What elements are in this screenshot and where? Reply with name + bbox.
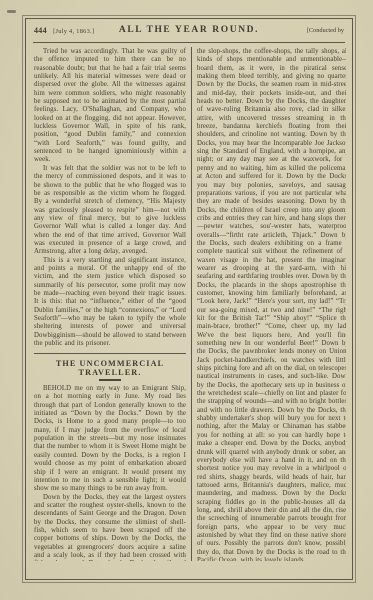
article-continuation: the slop-shops, the coffee-shops, the ta… [197,48,346,561]
text-columns: Tried he was accordingly. That he was gu… [32,47,346,561]
article-paragraph: Down by the Docks, they eat the largest … [34,494,186,561]
section-title-rule [99,379,121,381]
article-end-paragraphs: Tried he was accordingly. That he was gu… [34,48,186,348]
article-paragraph: Tried he was accordingly. That he was gu… [34,48,186,165]
article-start-paragraphs: BEHOLD me on my way to an Emigrant Ship,… [34,385,186,561]
page-border-frame: 444 [July 4, 1863.] ALL THE YEAR ROUND. … [22,15,356,583]
page-header: 444 [July 4, 1863.] ALL THE YEAR ROUND. … [34,25,344,40]
page-inner-frame: 444 [July 4, 1863.] ALL THE YEAR ROUND. … [25,18,353,580]
section-divider-rule [34,353,186,354]
section-title: THE UNCOMMERCIAL TRAVELLER. [34,360,186,377]
article-paragraph: This is a very startling and significant… [34,257,186,349]
scan-artifact-mark [7,10,16,13]
left-column: Tried he was accordingly. That he was gu… [32,47,191,561]
article-paragraph: It was felt that the soldier was not to … [34,165,186,257]
article-paragraph: the slop-shops, the coffee-shops, the ta… [197,48,346,561]
article-paragraph: BEHOLD me on my way to an Emigrant Ship,… [34,385,186,493]
header-rule [33,42,345,43]
conducted-by-note: [Conducted by [307,27,344,34]
scanned-document-page: { "header": { "page_number": "444", "dat… [0,0,373,600]
masthead-title: ALL THE YEAR ROUND. [34,25,344,35]
right-column: the slop-shops, the coffee-shops, the ta… [192,47,346,561]
